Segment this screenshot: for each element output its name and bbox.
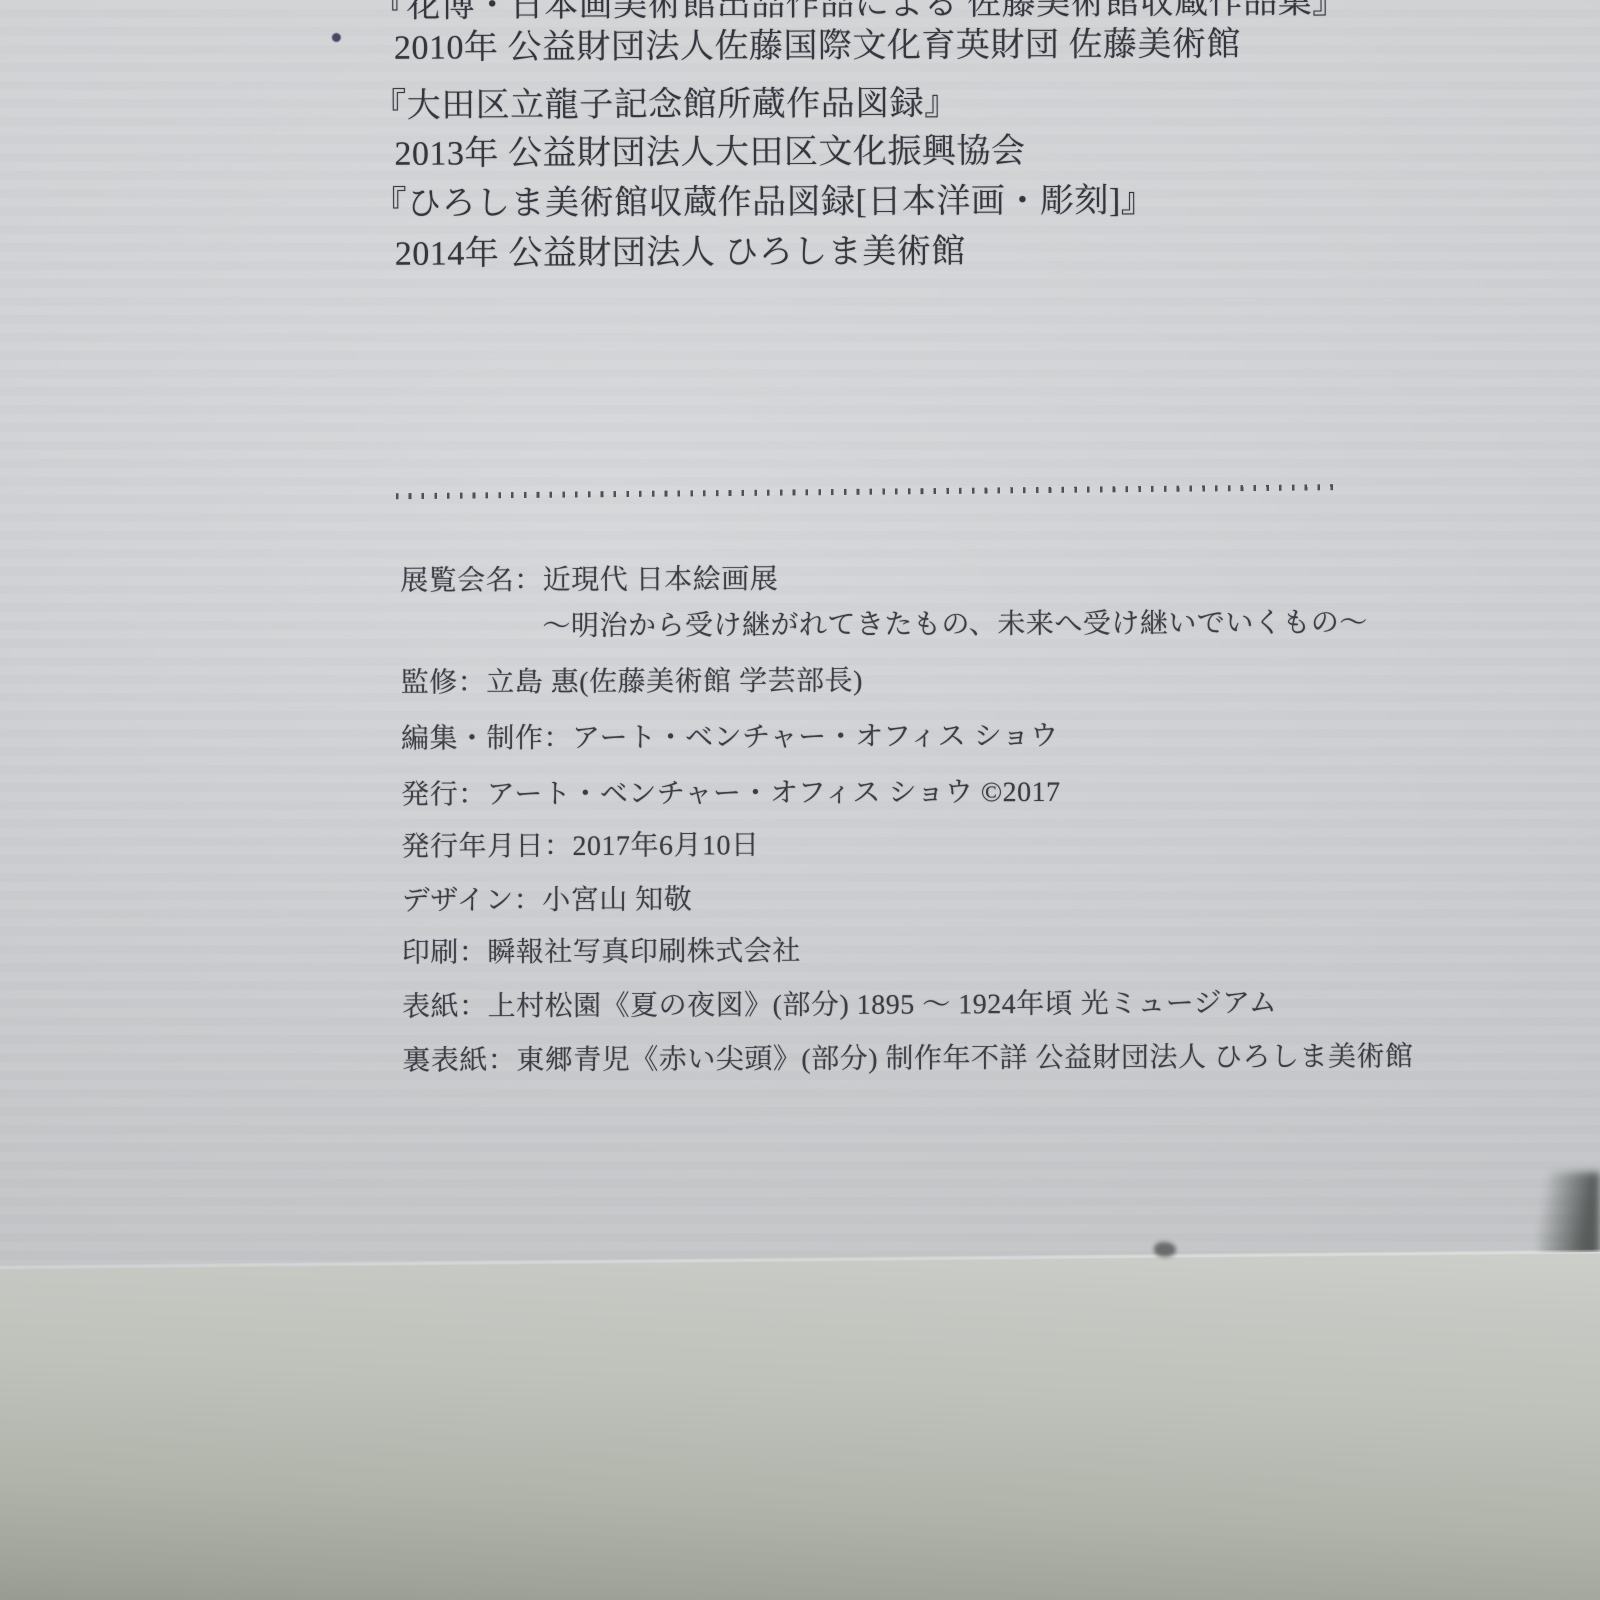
bibliography-credit: 2014年 公益財団法人 ひろしま美術館 <box>395 235 966 271</box>
back-cover-credit-line: 裏表紙：東郷青児《赤い尖頭》(部分) 制作年不詳 公益財団法人 ひろしま美術館 <box>402 1043 1413 1075</box>
exhibition-name-line: 展覧会名：近現代 日本絵画展 <box>400 566 778 596</box>
bibliography-title: 『大田区立龍子記念館所蔵作品図録』 <box>372 87 959 124</box>
dotted-divider <box>396 484 1338 499</box>
supervisor-line: 監修：立島 惠(佐藤美術館 学芸部長) <box>401 668 863 698</box>
bibliography-credit: 2010年 公益財団法人佐藤国際文化育英財団 佐藤美術館 <box>394 28 1241 66</box>
colophon-page-photo: 『花博・日本画美術館出品作品による 佐藤美術館収蔵作品集』 2010年 公益財団… <box>0 0 1600 1600</box>
edge-smudge <box>1154 1242 1176 1257</box>
bibliography-title: 『ひろしま美術館収蔵作品図録[日本洋画・彫刻]』 <box>373 184 1156 221</box>
exhibition-subtitle-line: ～明治から受け継がれてきたもの、未来へ受け継いでいくもの～ <box>542 610 1368 642</box>
designer-line: デザイン：小宮山 知敬 <box>402 886 693 915</box>
ink-dot <box>332 33 341 42</box>
cover-credit-line: 表紙：上村松園《夏の夜図》(部分) 1895 ～ 1924年頃 光ミュージアム <box>402 990 1277 1022</box>
printer-line: 印刷：瞬報社写真印刷株式会社 <box>402 938 801 968</box>
publisher-line: 発行：アート・ベンチャー・オフィス ショウ ©2017 <box>401 779 1061 810</box>
page-corner-shadow <box>1538 1172 1600 1260</box>
editing-line: 編集・制作：アート・ベンチャー・オフィス ショウ <box>401 723 1059 754</box>
bibliography-title: 『花博・日本画美術館出品作品による 佐藤美術館収蔵作品集』 <box>372 0 1347 24</box>
bibliography-credit: 2013年 公益財団法人大田区文化振興協会 <box>394 135 1025 172</box>
publish-date-line: 発行年月日：2017年6月10日 <box>401 832 759 862</box>
underlying-page <box>0 1249 1600 1600</box>
